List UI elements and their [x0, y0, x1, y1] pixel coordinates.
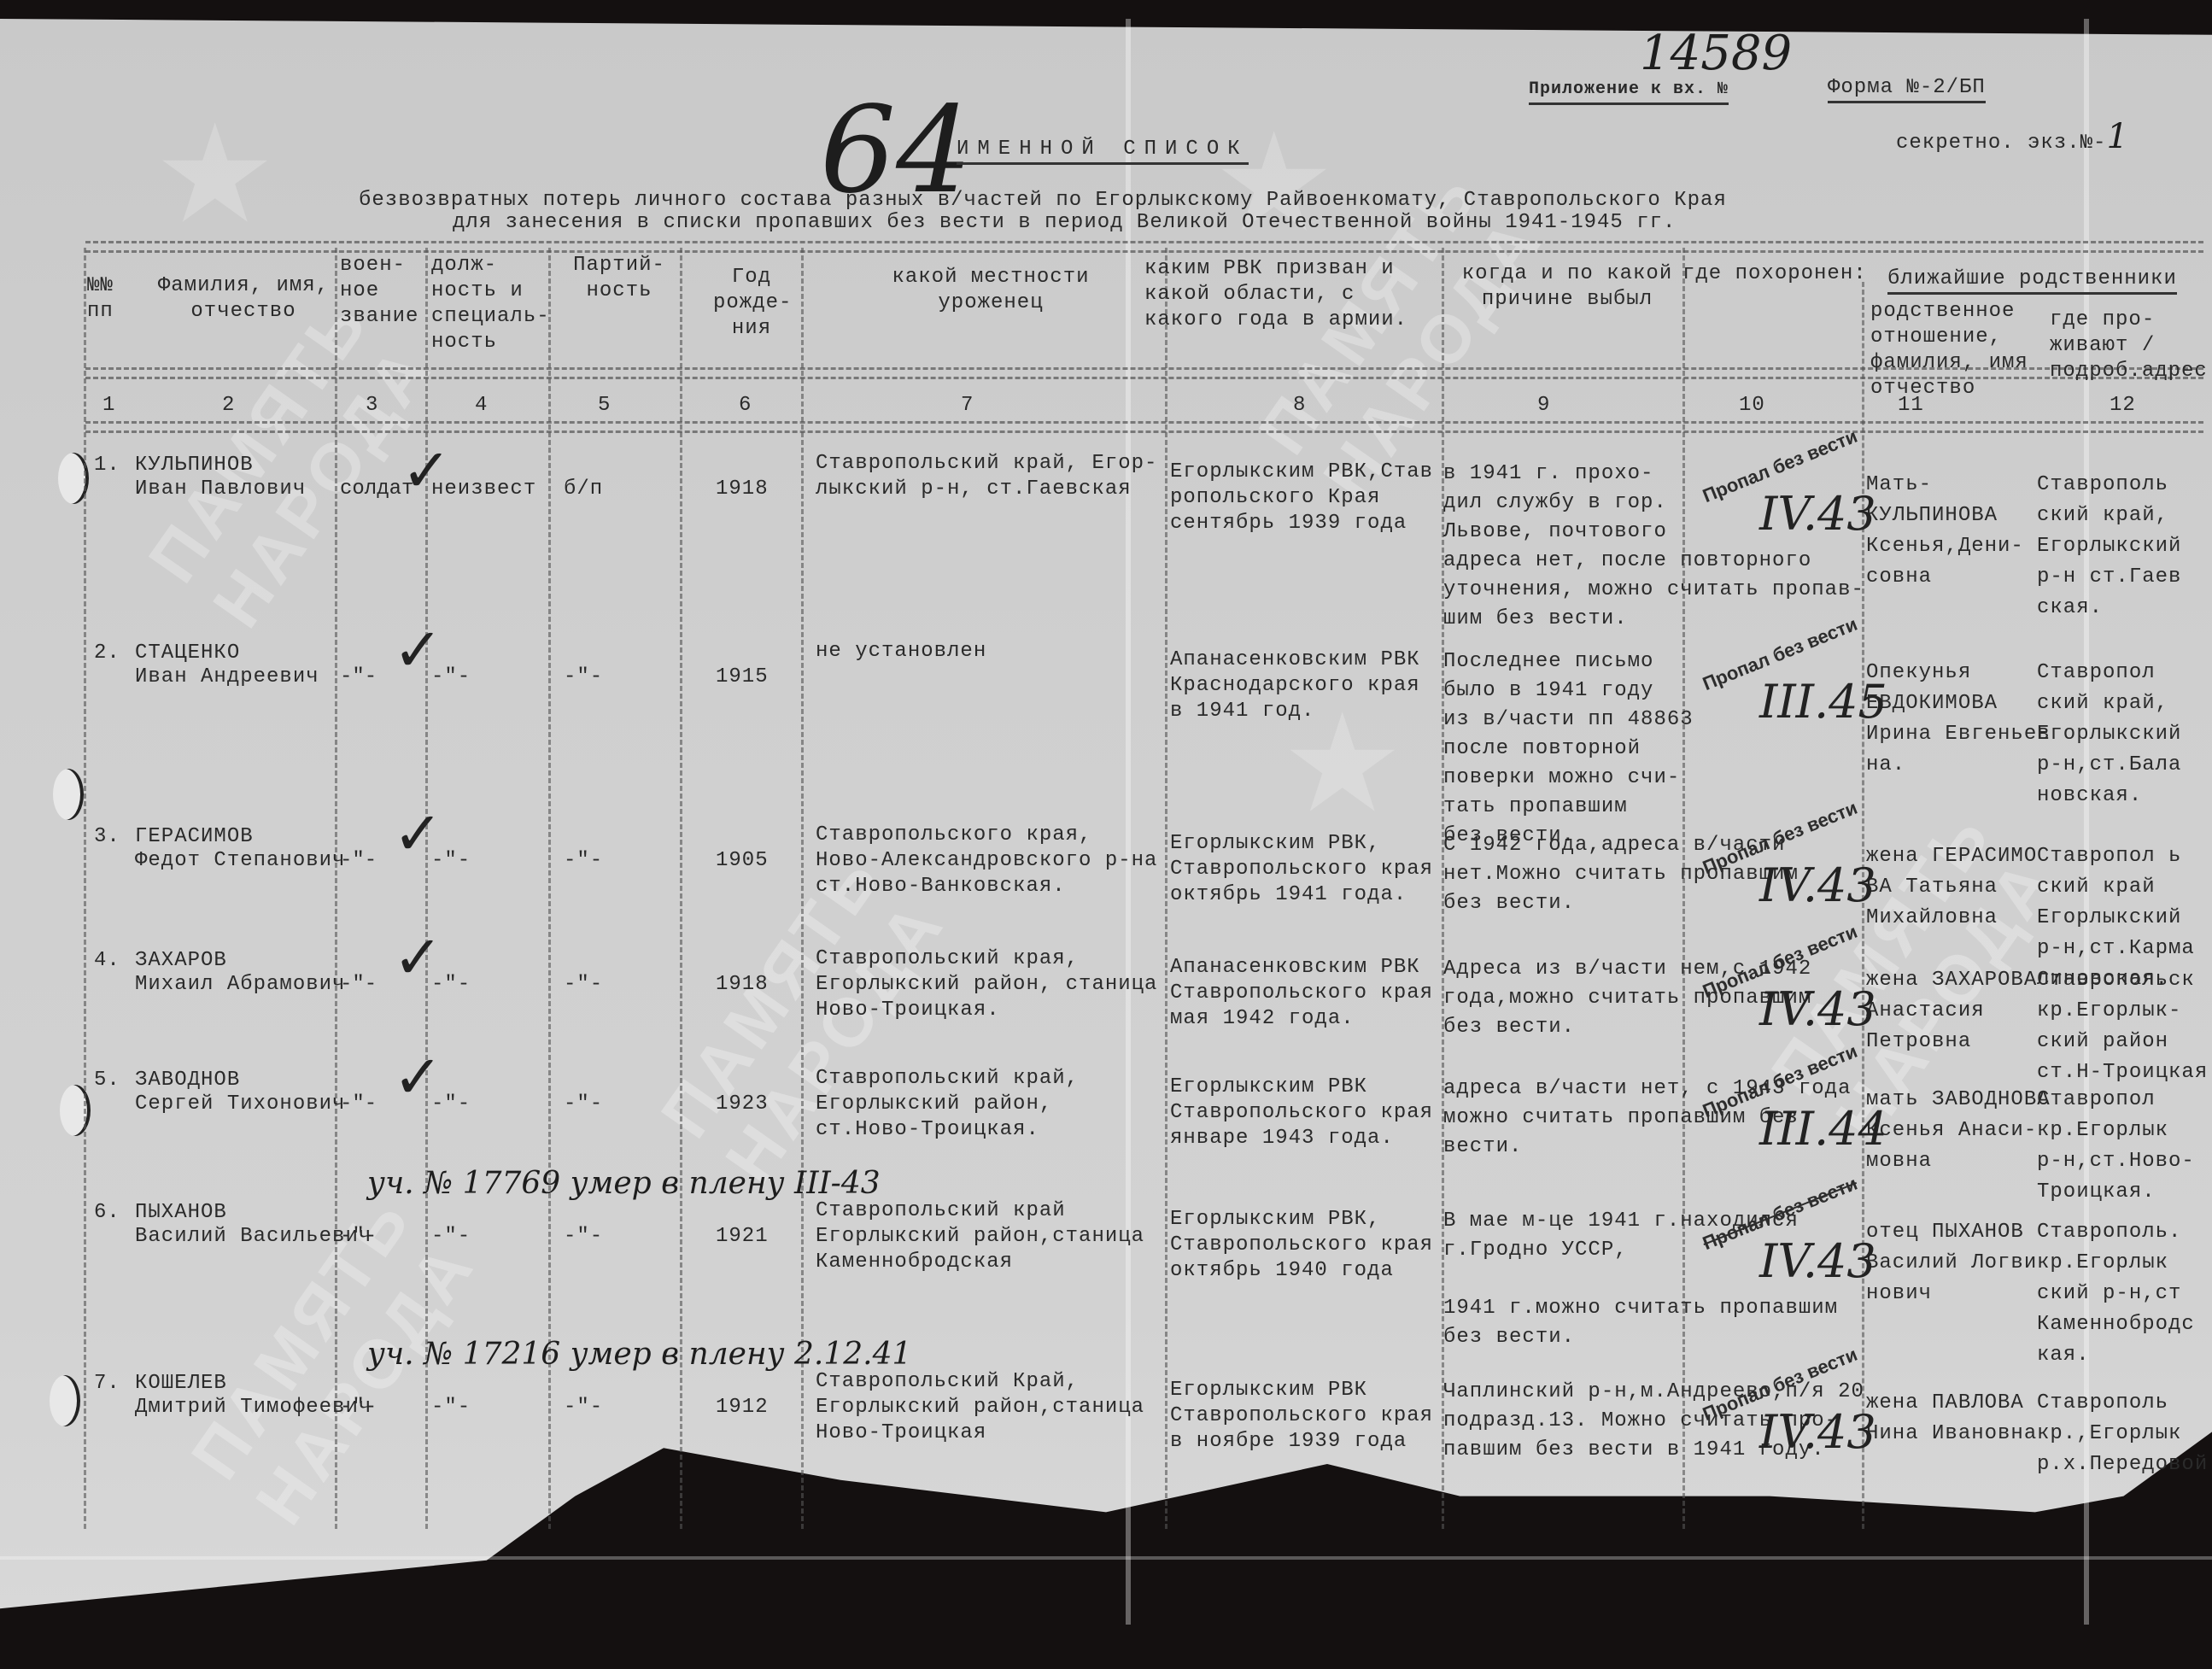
position: -"- — [431, 1395, 471, 1420]
party: -"- — [564, 972, 603, 998]
party: б/п — [564, 477, 603, 502]
col-header-3: воен-ное звание — [340, 253, 422, 330]
rvk: Егорлыкским РВК Ставропольского края янв… — [1170, 1075, 1433, 1151]
given-name: Федот Степанович — [135, 848, 345, 874]
birthplace: Ставропольский края, Егорлыкский район, … — [816, 946, 1157, 1023]
birth-year: 1905 — [716, 848, 769, 874]
col-header-12: где про-живают /подроб.адрес — [2050, 307, 2203, 384]
attachment-label: Приложение к вх. № — [1529, 77, 1729, 105]
birthplace: Ставропольский Край, Егорлыкский район,с… — [816, 1369, 1144, 1446]
rank: -"- — [340, 1092, 377, 1117]
table-rule — [85, 241, 2203, 253]
reason: в 1941 г. прохо- дил службу в гор. Львов… — [1443, 460, 1864, 634]
surname: СТАЦЕНКО — [135, 641, 240, 666]
party: -"- — [564, 665, 603, 690]
party: -"- — [564, 848, 603, 874]
star-icon: ★ — [154, 94, 276, 254]
col-header-11: родственное отношение, фамилия, имя отче… — [1870, 299, 2033, 401]
birth-year: 1912 — [716, 1395, 769, 1420]
given-name: Иван Андреевич — [135, 665, 319, 690]
secrecy-label: секретно. экз.№-1 — [1896, 124, 2129, 156]
surname: ГЕРАСИМОВ — [135, 824, 254, 850]
rank: -"- — [340, 665, 377, 690]
birthplace: Ставропольского края, Ново-Александровск… — [816, 823, 1157, 899]
address: Ставрополь. кр.Егорлык ский р-н,ст Камен… — [2037, 1217, 2195, 1371]
relative: мать ЗАВОДНОВА Ксенья Анаси- мовна — [1866, 1085, 2051, 1177]
check-mark-icon: ✓ — [393, 799, 443, 869]
row-number: 7. — [94, 1371, 120, 1397]
row-number: 5. — [94, 1068, 120, 1093]
subtitle-line-2: для занесения в списки пропавших без вес… — [453, 210, 1676, 236]
handwritten-annotation: уч. № 17216 умер в плену 2.12.41 — [367, 1337, 911, 1372]
punch-hole — [53, 769, 84, 820]
stamp-date: IV.43 — [1759, 487, 1876, 541]
stamp-date: III.45 — [1759, 675, 1887, 729]
relatives-group-header: ближайшие родственники — [1887, 266, 2177, 295]
address: Ставропол ский край, Егорлыкский р-н,ст.… — [2037, 658, 2181, 811]
relative: жена ЗАХАРОВА Анастасия Петровна — [1866, 965, 2037, 1057]
row-number: 6. — [94, 1200, 120, 1226]
row-number: 2. — [94, 641, 120, 666]
col-header-10: где похоронен: — [1682, 261, 1867, 287]
row-number: 3. — [94, 824, 120, 850]
rvk: Егорлыкским РВК, Ставропольского края ок… — [1170, 1207, 1433, 1284]
stamp-date: IV.43 — [1759, 982, 1876, 1036]
birth-year: 1918 — [716, 972, 769, 998]
birth-year: 1921 — [716, 1224, 769, 1250]
birthplace: не установлен — [816, 639, 986, 665]
party: -"- — [564, 1092, 603, 1117]
stamp-date: IV.43 — [1759, 1234, 1876, 1288]
address: Ставрополь ский край, Егорлыкский р-н ст… — [2037, 470, 2181, 624]
rvk: Апанасенковским РВК Ставропольского края… — [1170, 955, 1433, 1032]
party: -"- — [564, 1224, 603, 1250]
birthplace: Ставропольский край Егорлыкский район,ст… — [816, 1198, 1144, 1275]
star-icon: ★ — [1213, 102, 1335, 262]
birthplace: Ставропольский край, Егорлыкский район, … — [816, 1066, 1079, 1143]
given-name: Иван Павлович — [135, 477, 306, 502]
surname: ЗАХАРОВ — [135, 948, 227, 974]
handwritten-annotation: уч. № 17769 умер в плену III-43 — [367, 1166, 881, 1201]
relative: отец ПЫХАНОВ Василий Логви нович — [1866, 1217, 2037, 1309]
check-mark-icon: ✓ — [393, 1042, 443, 1112]
surname: ПЫХАНОВ — [135, 1200, 227, 1226]
given-name: Дмитрий Тимофеевич — [135, 1395, 372, 1420]
check-mark-icon: ✓ — [393, 615, 443, 685]
relative: жена ГЕРАСИМО ВА Татьяна Михайловна — [1866, 841, 2037, 934]
row-number: 4. — [94, 948, 120, 974]
party: -"- — [564, 1395, 603, 1420]
surname: КУЛЬПИНОВ — [135, 453, 254, 478]
relative: жена ПАВЛОВА Нина Ивановна — [1866, 1388, 2037, 1449]
col-header-2: Фамилия, имя, отчество — [154, 273, 333, 325]
address: Ставропольск кр.Егорлык- ский район ст.Н… — [2037, 965, 2208, 1088]
col-header-7: какой местности уроженец — [871, 265, 1110, 316]
col-header-8: каким РВК призван и какой области, с как… — [1144, 256, 1426, 333]
rank: -"- — [340, 1395, 377, 1420]
fold-line-horizontal — [0, 1556, 2212, 1560]
given-name: Василий Васильевич — [135, 1224, 372, 1250]
birthplace: Ставропольский край, Егор- лыкский р-н, … — [816, 451, 1157, 502]
address: Ставрополь кр.,Егорлык р.х.Передовой — [2037, 1388, 2208, 1480]
birth-year: 1915 — [716, 665, 769, 690]
stamp-date: IV.43 — [1759, 1405, 1876, 1459]
rank: -"- — [340, 972, 377, 998]
rvk: Егорлыкским РВК,Став ропольского Края се… — [1170, 460, 1433, 536]
rvk: Апанасенковским РВК Краснодарского края … — [1170, 647, 1420, 724]
position: -"- — [431, 1224, 471, 1250]
rvk: Егорлыкским РВК Ставропольского края в н… — [1170, 1378, 1433, 1455]
col-header-9: когда и по какой причине выбыл — [1460, 261, 1674, 313]
given-name: Михаил Абрамович — [135, 972, 345, 998]
col-header-6: Год рожде-ния — [713, 265, 790, 342]
page-title: ИМЕННОЙ СПИСОК — [957, 137, 1249, 165]
relative: Мать- КУЛЬПИНОВА Ксенья,Дени- совна — [1866, 470, 2024, 593]
table-rule — [85, 421, 2203, 433]
stamp-date: IV.43 — [1759, 858, 1876, 912]
birth-year: 1918 — [716, 477, 769, 502]
rank: -"- — [340, 1224, 377, 1250]
relative: Опекунья ЕВДОКИМОВА Ирина Евгеньев на. — [1866, 658, 2051, 781]
reason: Последнее письмо было в 1941 году из в/ч… — [1443, 647, 1694, 851]
form-label: Форма №-2/БП — [1828, 75, 1986, 103]
row-number: 1. — [94, 453, 120, 478]
stamp-date: III.44 — [1759, 1102, 1887, 1156]
given-name: Сергей Тихонович — [135, 1092, 345, 1117]
col-header-5: Партий-ность — [568, 253, 670, 304]
check-mark-icon: ✓ — [401, 436, 452, 506]
col-header-4: долж-ность и специаль-ность — [431, 253, 542, 355]
punch-hole — [50, 1375, 80, 1426]
rank: -"- — [340, 848, 377, 874]
birth-year: 1923 — [716, 1092, 769, 1117]
fold-line-vertical — [2084, 19, 2089, 1625]
archive-number: 14589 — [1640, 26, 1792, 81]
address: Ставропол кр.Егорлык р-н,ст.Ново- Троицк… — [2037, 1085, 2195, 1208]
surname: ЗАВОДНОВ — [135, 1068, 240, 1093]
rvk: Егорлыкским РВК, Ставропольского края ок… — [1170, 831, 1433, 908]
col-header-1: №№ пп — [87, 273, 121, 325]
check-mark-icon: ✓ — [393, 922, 443, 993]
surname: КОШЕЛЕВ — [135, 1371, 227, 1397]
